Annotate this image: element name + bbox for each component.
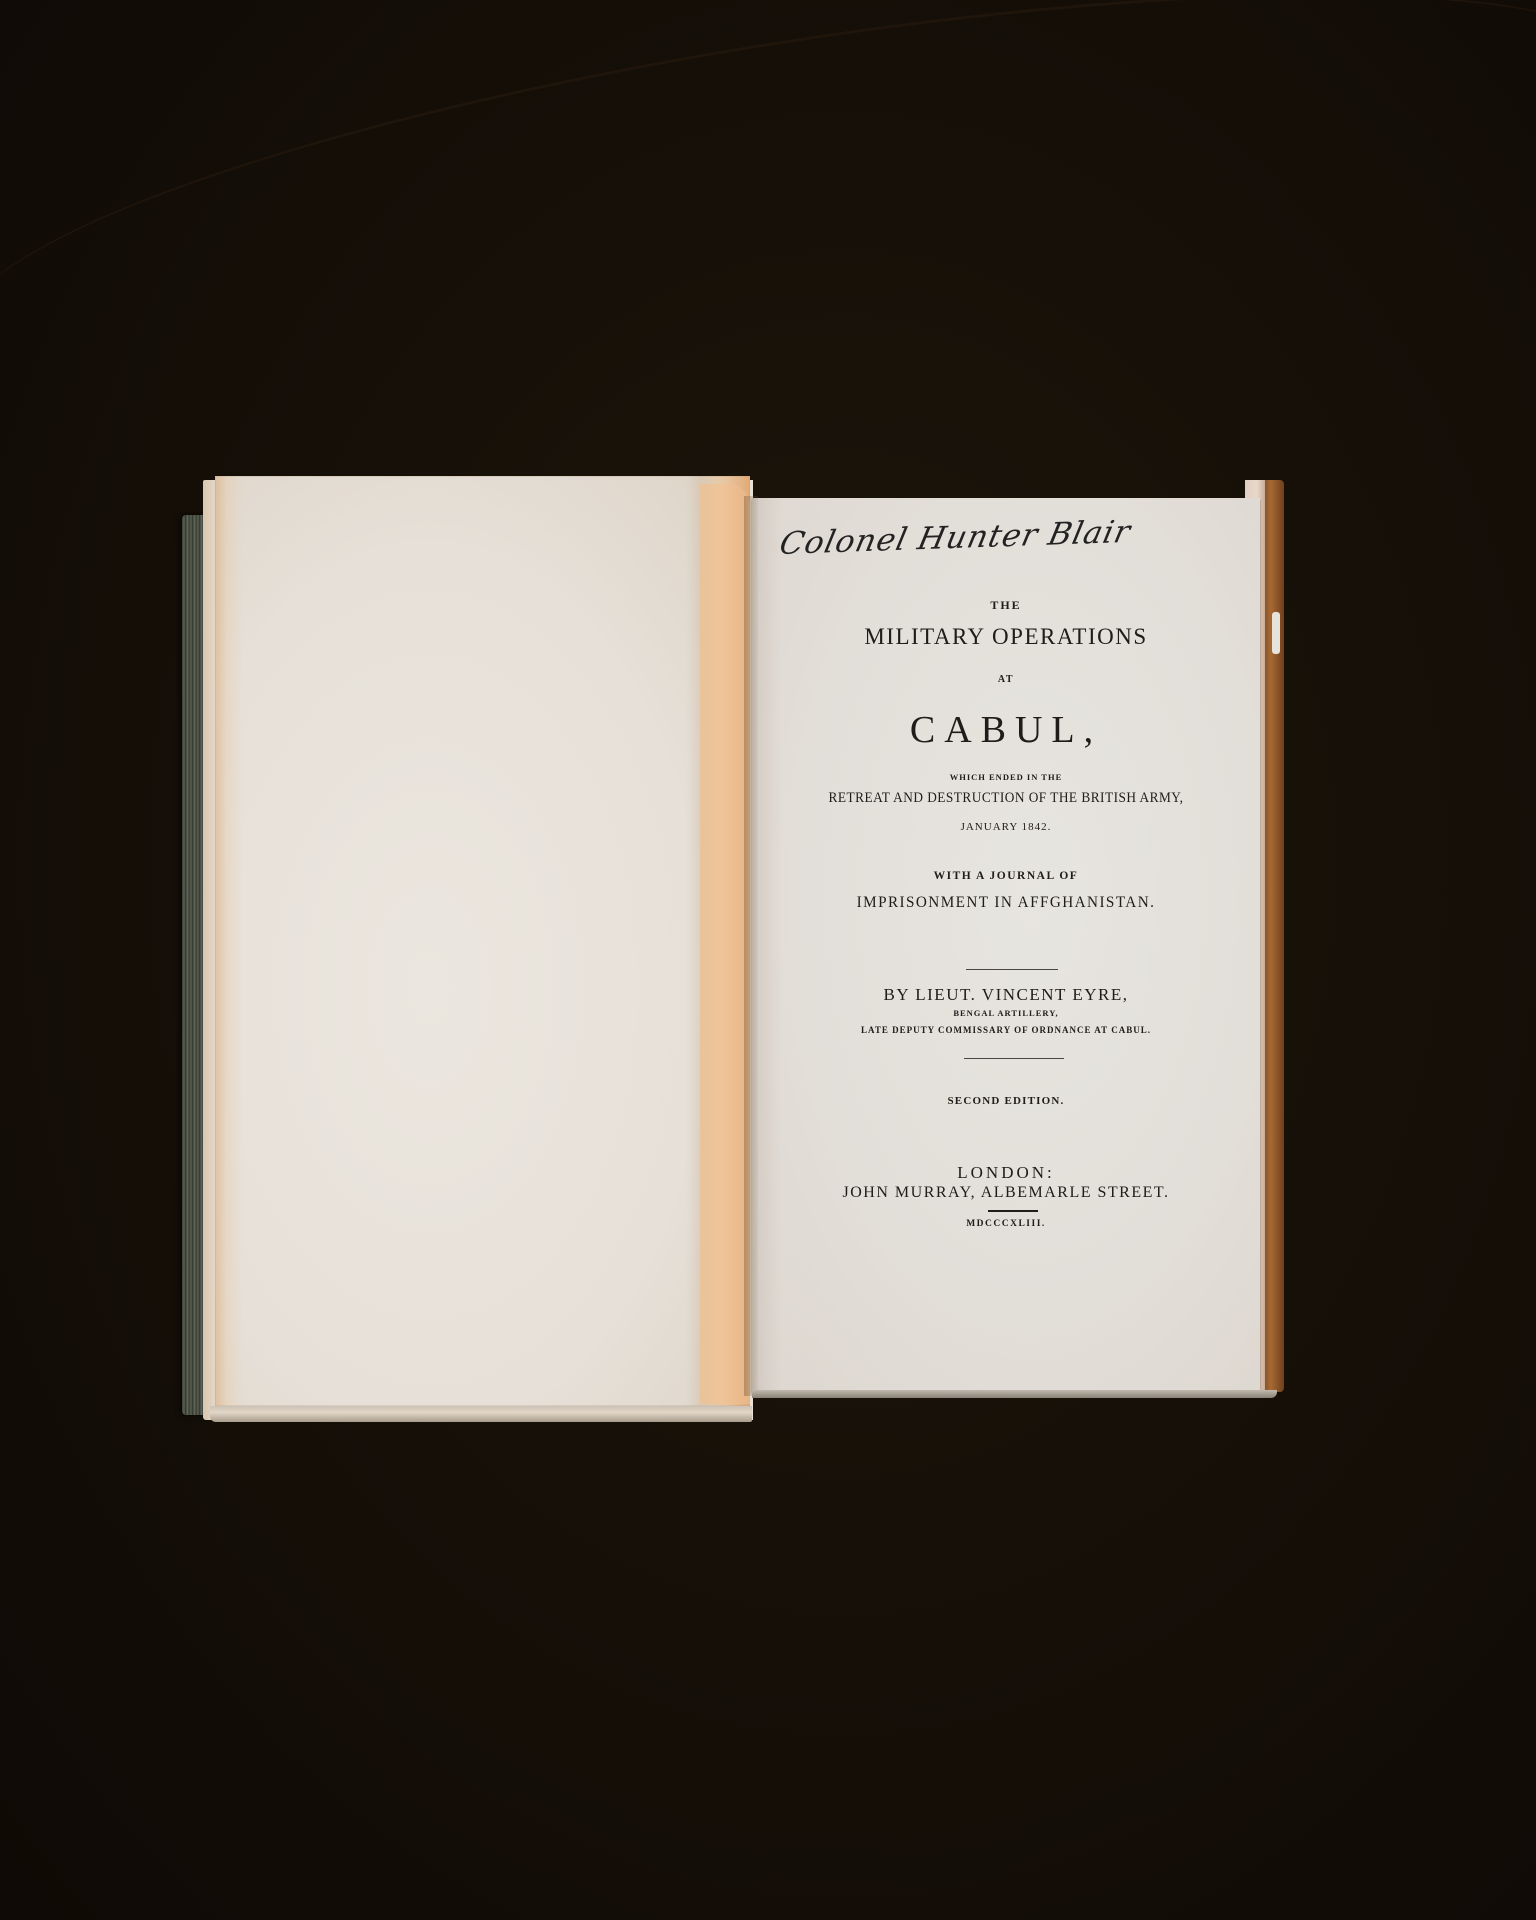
author-affiliation: BENGAL ARTILLERY, [752,1008,1260,1018]
publication-year: MDCCCXLIII. [752,1219,1260,1229]
main-title: MILITARY OPERATIONS [752,624,1260,650]
date-line: JANUARY 1842. [752,821,1260,833]
title-preposition: AT [752,674,1260,685]
journal-title: IMPRISONMENT IN AFFGHANISTAN. [765,894,1248,912]
left-page-bottom-edge [210,1406,752,1422]
divider-rule-short [988,1210,1038,1212]
place-title: CABUL, [752,708,1260,752]
handwritten-inscription: Colonel Hunter Blair [776,510,1247,562]
subtitle: RETREAT AND DESTRUCTION OF THE BRITISH A… [772,790,1239,807]
foxed-gutter-edge [700,484,750,1404]
divider-rule [964,1058,1064,1059]
publisher-line: JOHN MURRAY, ALBEMARLE STREET. [752,1184,1260,1202]
open-book: Colonel Hunter Blair THE MILITARY OPERAT… [0,0,1536,1920]
which-ended-line: WHICH ENDED IN THE [752,772,1260,782]
right-page-bottom-edge [752,1390,1277,1398]
divider-rule [966,969,1058,970]
title-article: THE [752,598,1260,613]
author-line: BY LIEUT. VINCENT EYRE, [752,985,1260,1005]
loose-paper-sliver [1272,612,1280,654]
edition-line: SECOND EDITION. [752,1095,1260,1107]
author-role: LATE DEPUTY COMMISSARY OF ORDNANCE AT CA… [752,1025,1260,1035]
title-page-text: Colonel Hunter Blair THE MILITARY OPERAT… [752,498,1260,1391]
left-page-blank [215,476,750,1406]
imprint-city: LONDON: [752,1163,1260,1183]
with-journal-line: WITH A JOURNAL OF [752,870,1260,882]
